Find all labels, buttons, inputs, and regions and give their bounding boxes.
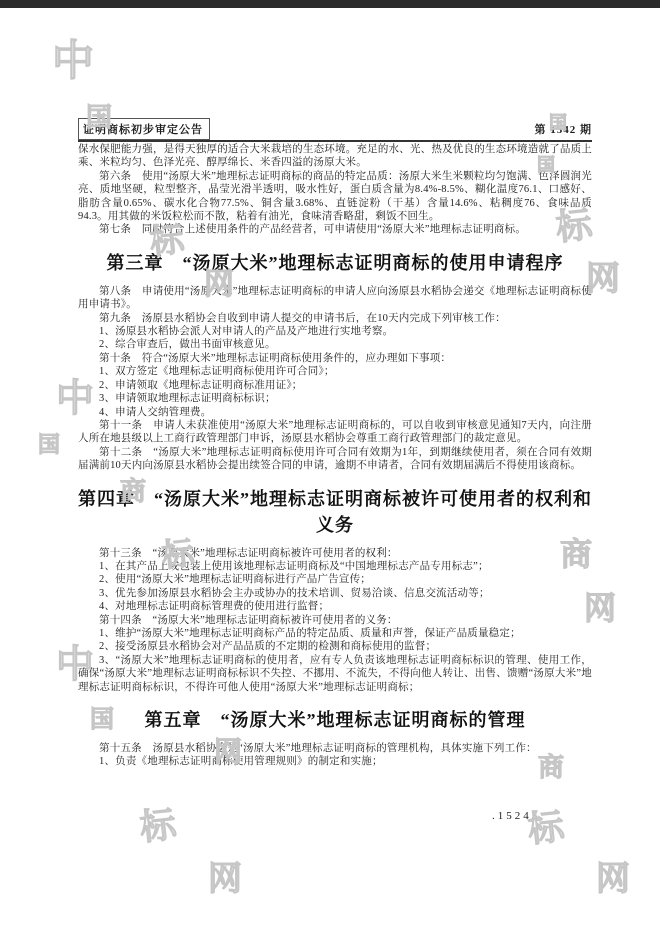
scan-top-edge [0, 0, 660, 8]
document-page: 证明商标初步审定公告 第 1542 期 保水保肥能力强，是得天独厚的适合大米栽培… [0, 0, 660, 933]
chapter-heading: 第三章 “汤原大米”地理标志证明商标的使用申请程序 [78, 250, 592, 276]
body-paragraph: 1、双方签定《地理标志证明商标使用许可合同》； [78, 365, 592, 378]
watermark-char: 中 [52, 40, 94, 82]
page-header: 证明商标初步审定公告 第 1542 期 [78, 118, 592, 142]
body-paragraph: 2、综合审查后，做出书面审核意见。 [78, 338, 592, 351]
body-paragraph: 第十条 符合“汤原大米”地理标志证明商标使用条件的，应办理如下事项： [78, 352, 592, 365]
body-paragraph: 3、“汤原大米”地理标志证明商标的使用者，应有专人负责该地理标志证明商标标识的管… [78, 654, 592, 694]
gazette-title: 证明商标初步审定公告 [78, 118, 210, 140]
body-paragraph: 第九条 汤原县水稻协会自收到申请人提交的申请书后，在10天内完成下列审核工作： [78, 312, 592, 325]
body-paragraph: 保水保肥能力强，是得天独厚的适合大米栽培的生态环境。充足的水、光、热及优良的生态… [78, 143, 592, 170]
body-paragraph: 第十三条 “汤原大米”地理标志证明商标被许可使用者的权利： [78, 547, 592, 560]
body-paragraph: 4、对地理标志证明商标管理费的使用进行监督； [78, 600, 592, 613]
body-paragraph: 第六条 使用“汤原大米”地理标志证明商标的商品的特定品质：汤原大米生米颗粒均匀饱… [78, 170, 592, 224]
body-paragraph: 2、申请领取《地理标志证明商标准用证》； [78, 379, 592, 392]
body-paragraph: 第十五条 汤原县水稻协会是“汤原大米”地理标志证明商标的管理机构，具体实施下列工… [78, 742, 592, 755]
page-number: .15243. [492, 810, 546, 822]
body-paragraph: 第十四条 “汤原大米”地理标志证明商标被许可使用者的义务： [78, 614, 592, 627]
body-paragraph: 1、维护“汤原大米”地理标志证明商标产品的特定品质、质量和声誉，保证产品质量稳定… [78, 627, 592, 640]
body-paragraph: 3、申请领取地理标志证明商标标识； [78, 392, 592, 405]
body-paragraph: 第十二条 “汤原大米”地理标志证明商标使用许可合同有效期为1年，到期继续使用者，… [78, 446, 592, 473]
body-paragraph: 第十一条 申请人未获准使用“汤原大米”地理标志证明商标的，可以自收到审核意见通知… [78, 419, 592, 446]
issue-number: 第 1542 期 [535, 121, 593, 139]
body-paragraph: 第七条 同时符合上述使用条件的产品经营者，可申请使用“汤原大米”地理标志证明商标… [78, 223, 592, 236]
body-paragraph: 1、在其产品上或包装上使用该地理标志证明商标及“中国地理标志产品专用标志”； [78, 560, 592, 573]
body-paragraph: 2、接受汤原县水稻协会对产品品质的不定期的检测和商标使用的监督； [78, 640, 592, 653]
body-paragraph: 3、优先参加汤原县水稻协会主办或协办的技术培训、贸易洽谈、信息交流活动等； [78, 587, 592, 600]
watermark-char: 国 [38, 434, 60, 456]
watermark-char: 网 [208, 862, 242, 896]
chapter-heading: 第四章 “汤原大米”地理标志证明商标被许可使用者的权利和义务 [78, 486, 592, 538]
body-paragraph: 4、申请人交纳管理费。 [78, 406, 592, 419]
body-paragraph: 2、使用“汤原大米”地理标志证明商标进行产品广告宣传； [78, 573, 592, 586]
watermark-char: 网 [596, 862, 630, 896]
chapter-heading: 第五章 “汤原大米”地理标志证明商标的管理 [78, 707, 592, 733]
document-body: 保水保肥能力强，是得天独厚的适合大米栽培的生态环境。充足的水、光、热及优良的生态… [78, 143, 592, 769]
watermark-char: 标 [138, 806, 178, 846]
body-paragraph: 1、负责《地理标志证明商标使用管理规则》的制定和实施； [78, 755, 592, 768]
body-paragraph: 第八条 申请使用“汤原大米”地理标志证明商标的申请人应向汤原县水稻协会递交《地理… [78, 285, 592, 312]
body-paragraph: 1、汤原县水稻协会派人对申请人的产品及产地进行实地考察。 [78, 325, 592, 338]
